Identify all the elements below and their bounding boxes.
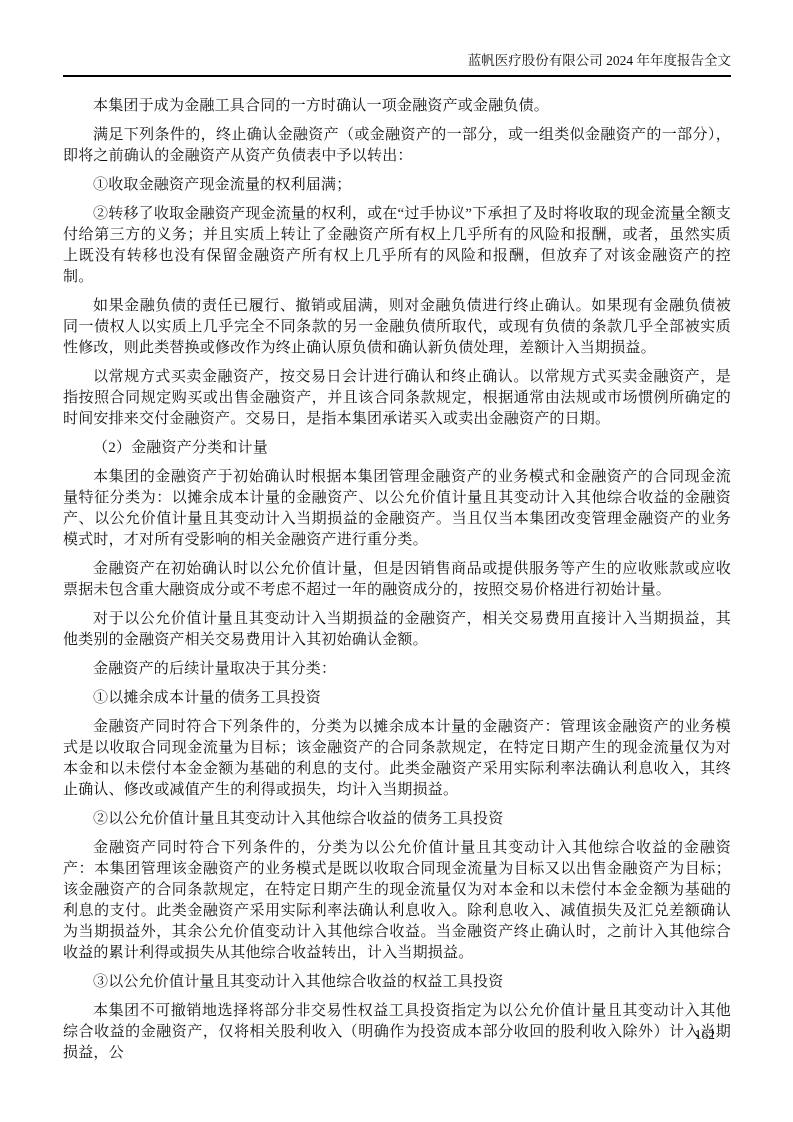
body-paragraph: 金融资产同时符合下列条件的，分类为以摊余成本计量的金融资产：管理该金融资产的业务…	[63, 717, 731, 801]
numbered-item: ②转移了收取金融资产现金流量的权利，或在“过手协议”下承担了及时将收取的现金流量…	[63, 204, 731, 288]
numbered-item: ①收取金融资产现金流量的权利届满；	[63, 175, 731, 196]
body-paragraph: 金融资产的后续计量取决于其分类：	[63, 659, 731, 680]
body-paragraph: 如果金融负债的责任已履行、撤销或届满，则对金融负债进行终止确认。如果现有金融负债…	[63, 296, 731, 359]
body-paragraph: 满足下列条件的，终止确认金融资产（或金融资产的一部分，或一组类似金融资产的一部分…	[63, 125, 731, 167]
report-title: 蓝帆医疗股份有限公司 2024 年年度报告全文	[468, 53, 731, 68]
numbered-item-heading: ②以公允价值计量且其变动计入其他综合收益的债务工具投资	[63, 809, 731, 830]
body-paragraph: 本集团于成为金融工具合同的一方时确认一项金融资产或金融负债。	[63, 96, 731, 117]
numbered-item-heading: ③以公允价值计量且其变动计入其他综合收益的权益工具投资	[63, 972, 731, 993]
subsection-heading: （2）金融资产分类和计量	[63, 438, 731, 459]
numbered-item-heading: ①以摊余成本计量的债务工具投资	[63, 688, 731, 709]
page-header: 蓝帆医疗股份有限公司 2024 年年度报告全文	[63, 0, 731, 77]
document-body: 本集团于成为金融工具合同的一方时确认一项金融资产或金融负债。 满足下列条件的，终…	[63, 88, 731, 1072]
body-paragraph: 本集团不可撤销地选择将部分非交易性权益工具投资指定为以公允价值计量且其变动计入其…	[63, 1001, 731, 1064]
body-paragraph: 金融资产在初始确认时以公允价值计量，但是因销售商品或提供服务等产生的应收账款或应…	[63, 559, 731, 601]
page-number: 162	[695, 1026, 715, 1043]
body-paragraph: 对于以公允价值计量且其变动计入当期损益的金融资产，相关交易费用直接计入当期损益，…	[63, 609, 731, 651]
body-paragraph: 本集团的金融资产于初始确认时根据本集团管理金融资产的业务模式和金融资产的合同现金…	[63, 467, 731, 551]
report-page: 蓝帆医疗股份有限公司 2024 年年度报告全文 本集团于成为金融工具合同的一方时…	[0, 0, 793, 1122]
body-paragraph: 金融资产同时符合下列条件的，分类为以公允价值计量且其变动计入其他综合收益的金融资…	[63, 838, 731, 964]
body-paragraph: 以常规方式买卖金融资产，按交易日会计进行确认和终止确认。以常规方式买卖金融资产，…	[63, 367, 731, 430]
